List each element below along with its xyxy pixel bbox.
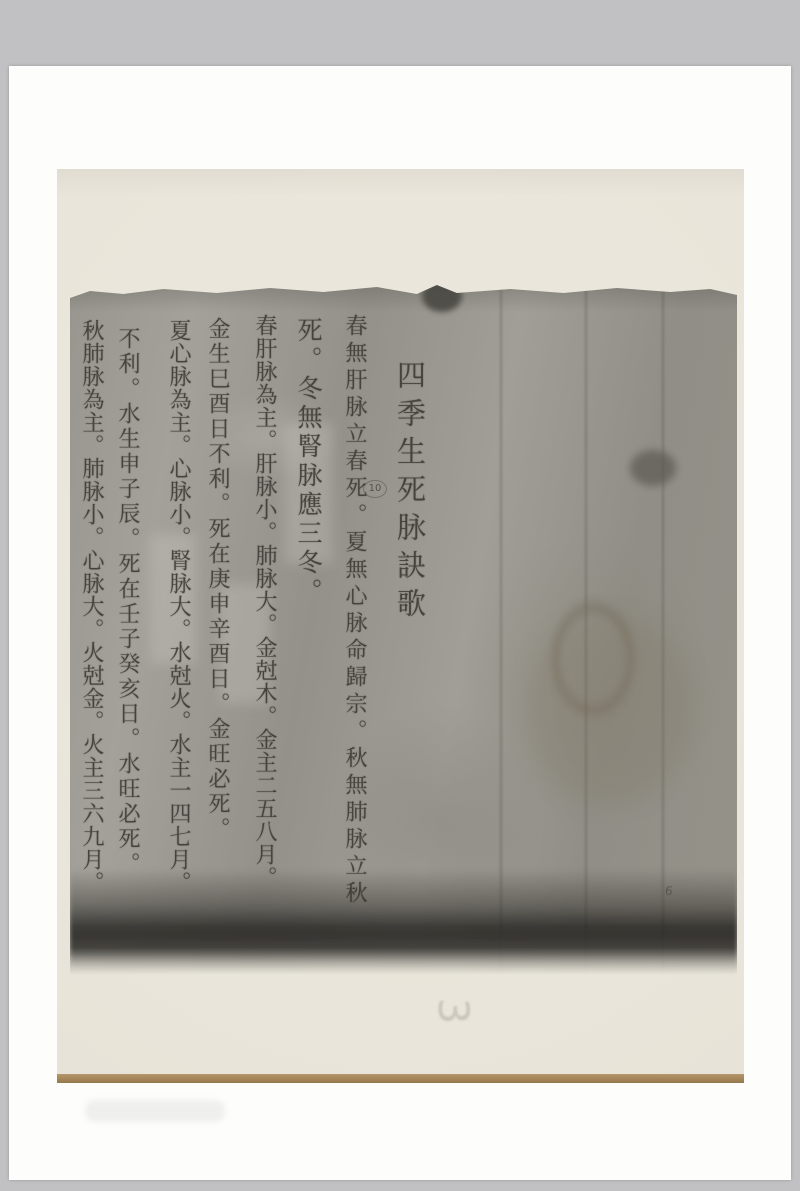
scanner-smudge bbox=[85, 1100, 225, 1122]
text-column-3: 死。冬無腎脉應三冬。 bbox=[290, 317, 326, 607]
text-column-6: 夏心脉為主。心脉小。腎脉大。水尅火。水主一四七月。 bbox=[158, 319, 194, 894]
text-column-8: 秋肺脉為主。肺脉小。心脉大。火尅金。火主三六九月。 bbox=[71, 319, 107, 894]
page-number-watermark: 3 bbox=[423, 981, 483, 1041]
text-column-2: 春無肝脉立春死。夏無心脉命歸宗。秋無肺脉立秋 bbox=[334, 314, 370, 908]
text-column-7: 不利。水生申子辰。死在壬子癸亥日。水旺必死。 bbox=[107, 327, 143, 877]
manuscript-scan: 四季生死脉訣歌 春無肝脉立春死。夏無心脉命歸宗。秋無肺脉立秋 死。冬無腎脉應三冬… bbox=[70, 284, 737, 975]
title-column: 四季生死脉訣歌 bbox=[391, 360, 431, 626]
manuscript-photo: 四季生死脉訣歌 春無肝脉立春死。夏無心脉命歸宗。秋無肺脉立秋 死。冬無腎脉應三冬… bbox=[57, 169, 744, 1083]
text-column-4: 春肝脉為主。肝脉小。肺脉大。金尅木。金主二五八月。 bbox=[244, 314, 280, 889]
text-columns: 四季生死脉訣歌 春無肝脉立春死。夏無心脉命歸宗。秋無肺脉立秋 死。冬無腎脉應三冬… bbox=[70, 284, 737, 975]
screenshot-root: { "manuscript": { "columns": [ "四季生死脉訣歌"… bbox=[0, 0, 800, 1191]
corner-number-mark: 6 bbox=[664, 884, 674, 899]
circled-number-annotation: 10 bbox=[363, 480, 387, 498]
scanned-page: 四季生死脉訣歌 春無肝脉立春死。夏無心脉命歸宗。秋無肺脉立秋 死。冬無腎脉應三冬… bbox=[9, 66, 791, 1180]
table-edge bbox=[57, 1074, 744, 1083]
text-column-5: 金生巳酉日不利。死在庚申辛酉日。金旺必死。 bbox=[197, 317, 233, 842]
